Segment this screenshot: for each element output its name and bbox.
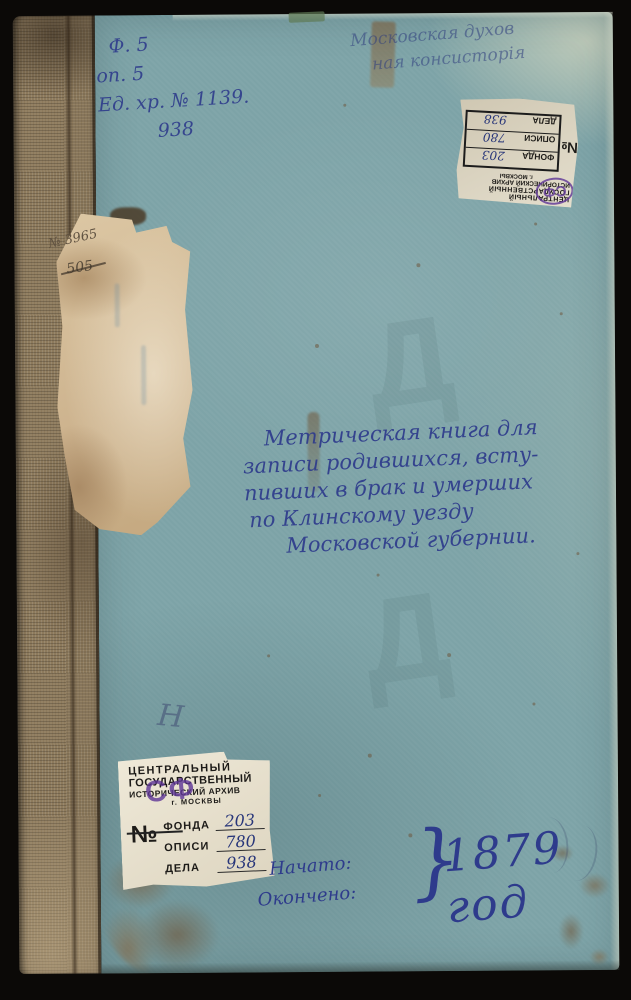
speck — [447, 653, 451, 657]
started-label: Начато: — [269, 853, 353, 880]
archive-label-bottom: ЦЕНТРАЛЬНЫЙ ГОСУДАРСТВЕННЫЙ ИСТОРИЧЕСКИЙ… — [118, 750, 275, 890]
speck — [318, 794, 321, 797]
speck — [416, 263, 420, 267]
shelfmark-notes: Ф. 5 оп. 5 Ед. хр. № 1139. 938 — [94, 25, 252, 150]
opis-value: 780 — [469, 130, 520, 145]
table-row: ФОНДА 203 — [163, 808, 265, 833]
pencil-mark: Н — [156, 698, 185, 735]
opis-label: ОПИСИ — [519, 133, 555, 145]
speck — [532, 702, 535, 705]
speck — [377, 574, 380, 577]
speck — [343, 104, 346, 107]
speck — [576, 552, 579, 555]
delo-value: 938 — [470, 112, 521, 127]
table-row: ДЕЛА 938 — [164, 850, 266, 875]
sf-stamp: СФ — [144, 772, 198, 811]
fond-value: 203 — [215, 812, 265, 831]
case-number-note: 938 — [157, 111, 252, 145]
delo-label: ДЕЛА — [165, 861, 217, 875]
speck — [534, 222, 537, 225]
finished-label: Окончено: — [257, 882, 357, 911]
book: Д Д Ф. 5 оп. 5 Ед. хр. № 1139. 938 — [13, 12, 620, 974]
title-inscription: Метрическая книга для записи родившихся,… — [241, 412, 586, 561]
ink-smudge — [141, 345, 146, 405]
archive-label-rows: № ФОНДА 203 ОПИСИ 780 ДЕЛА 938 — [130, 808, 267, 877]
delo-label: ДЕЛА — [520, 115, 556, 127]
table-row: ОПИСИ 780 — [164, 829, 266, 854]
speck — [368, 754, 372, 758]
archive-label-table: ФОНДА 203 ОПИСИ 780 ДЕЛА 938 — [463, 110, 562, 172]
speck — [267, 654, 270, 657]
photo-archival-book-cover: Д Д Ф. 5 оп. 5 Ед. хр. № 1139. 938 — [0, 0, 631, 1000]
numero-sign: № — [561, 138, 579, 156]
speck — [315, 344, 319, 348]
opis-label: ОПИСИ — [164, 840, 216, 854]
archive-label-top-upside-down: ЦЕНТРАЛЬНЫЙ ГОСУДАРСТВЕННЫЙ ИСТОРИЧЕСКИЙ… — [455, 95, 581, 207]
ink-smudge — [115, 283, 120, 327]
fond-value: 203 — [468, 148, 519, 163]
numero-sign: № — [130, 820, 159, 876]
fond-label: ФОНДА — [518, 151, 554, 163]
speck — [560, 312, 563, 315]
